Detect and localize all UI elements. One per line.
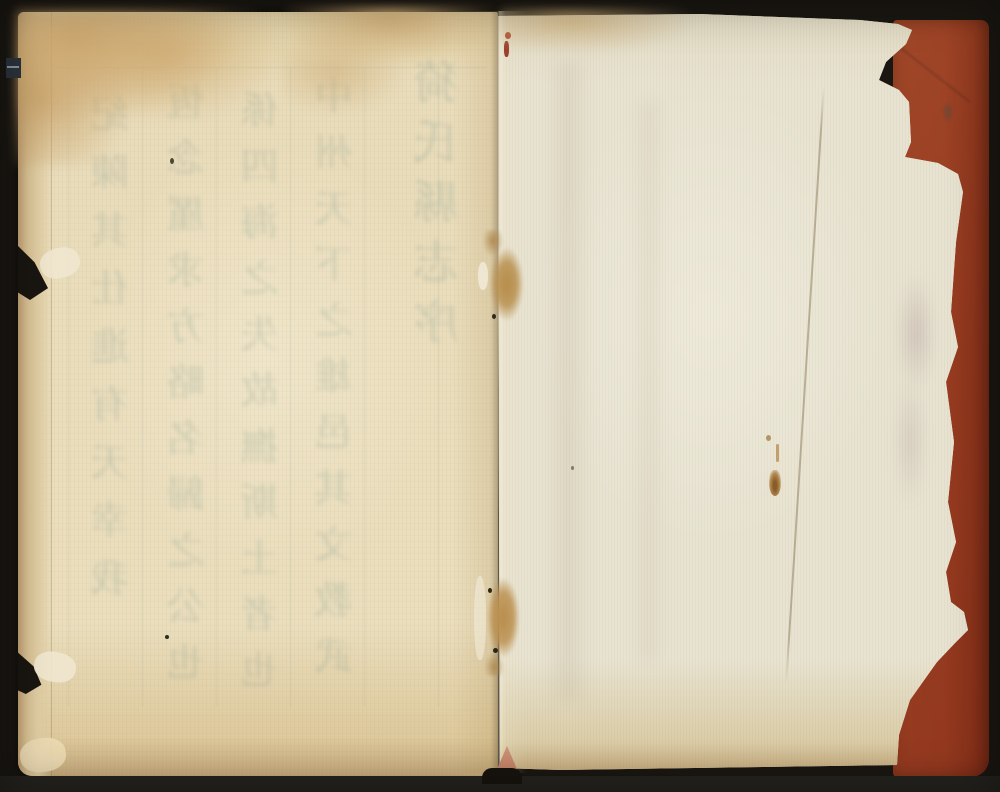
showthrough-rule bbox=[216, 67, 217, 707]
binding-speck bbox=[493, 648, 498, 653]
cover-fold-notch bbox=[942, 102, 954, 122]
drip-line bbox=[776, 444, 779, 462]
paper-streak bbox=[640, 101, 658, 661]
label-remnant bbox=[6, 58, 21, 78]
ink-speck bbox=[571, 466, 574, 470]
ink-speck bbox=[165, 635, 169, 639]
binding-flap bbox=[474, 576, 486, 660]
gutter-shadow-bump bbox=[482, 768, 522, 784]
red-mark-streak bbox=[504, 41, 509, 57]
showthrough-column: 紀陳其仕進有天幸我 bbox=[94, 94, 132, 634]
left-page: 猗氏縣志序 中州天下之雄邑其文教武 係四海之失故撫斯土者也 恆念厪求方略名歸之公… bbox=[18, 12, 498, 776]
ink-speck bbox=[170, 158, 174, 164]
red-mark-dot bbox=[505, 32, 511, 39]
showthrough-rule bbox=[68, 67, 69, 707]
cover-crease bbox=[897, 45, 971, 103]
red-mark bbox=[501, 32, 513, 60]
showthrough-rule bbox=[142, 67, 143, 707]
binding-speck bbox=[492, 314, 496, 319]
gray-smudge bbox=[884, 266, 942, 536]
paper-streak bbox=[555, 61, 581, 701]
showthrough-rule bbox=[364, 67, 365, 707]
drip-dot bbox=[766, 435, 771, 441]
binding-flap bbox=[478, 262, 488, 290]
drip-stain bbox=[764, 432, 788, 504]
showthrough-column: 中州天下之雄邑其文教武 bbox=[318, 76, 356, 706]
showthrough-column: 係四海之失故撫斯土者也 bbox=[244, 90, 282, 710]
showthrough-rule bbox=[290, 67, 291, 707]
binding-speck bbox=[488, 588, 492, 593]
page-crease bbox=[785, 85, 825, 684]
book-scan: 猗氏縣志序 中州天下之雄邑其文教武 係四海之失故撫斯土者也 恆念厪求方略名歸之公… bbox=[0, 0, 1000, 792]
right-page bbox=[497, 11, 969, 773]
drip-blob bbox=[769, 470, 781, 496]
showthrough-column: 恆念厪求方略名歸之公也 bbox=[170, 82, 208, 710]
